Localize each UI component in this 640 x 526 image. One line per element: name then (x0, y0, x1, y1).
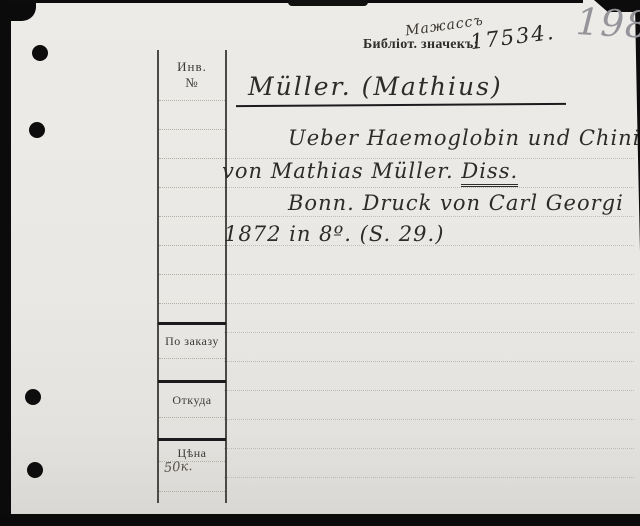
body-line-2-text: von Mathias Müller. (222, 159, 461, 183)
scan-edge-bottom (0, 514, 640, 526)
body-line-3: Bonn. Druck von Carl Georgi (288, 191, 624, 215)
ruled-line (224, 274, 634, 275)
inventory-number-label: Инв. № (159, 59, 225, 91)
column-ruled-line (159, 245, 225, 246)
ruled-line (224, 390, 634, 391)
column-ruled-line (159, 216, 225, 217)
price-label: Цѣна (159, 446, 225, 461)
ruled-line (224, 477, 634, 478)
library-mark-label: Библіот. значекъ: (363, 37, 479, 53)
punch-hole (29, 122, 45, 138)
price-value-handwritten: 50к. (164, 459, 193, 476)
inventory-column: Инв. № По заказу Откуда Цѣна 50к. (157, 50, 227, 503)
body-line-2: von Mathias Müller. Diss. (222, 159, 518, 183)
ruled-line (224, 361, 634, 362)
ruled-line (224, 187, 634, 188)
cell-border (158, 438, 226, 441)
scan-edge-left (0, 0, 11, 516)
column-ruled-line (159, 158, 225, 159)
order-label: По заказу (159, 334, 225, 349)
ruled-line (224, 303, 634, 304)
cell-border (158, 322, 226, 325)
body-line-1: Ueber Haemoglobin und Chinin (288, 126, 640, 150)
ruled-line (224, 419, 634, 420)
column-ruled-line (159, 100, 225, 101)
card-title: Müller. (Mathius) (248, 72, 503, 101)
dissertation-note: Diss. (461, 159, 518, 187)
page-number-note: 198 (575, 0, 640, 47)
inventory-label-line2: № (159, 75, 225, 91)
catalog-card-scan: Инв. № По заказу Откуда Цѣна 50к. 198 Ма… (0, 0, 640, 526)
ruled-line (224, 332, 634, 333)
punch-hole (32, 45, 48, 61)
column-ruled-line (159, 187, 225, 188)
ruled-line (224, 448, 634, 449)
scan-corner-top-left (0, 0, 36, 21)
column-ruled-line (159, 358, 225, 359)
column-ruled-line (159, 491, 225, 492)
scan-edge-top-blob (288, 0, 368, 6)
column-ruled-line (159, 303, 225, 304)
cell-border (158, 380, 226, 383)
punch-hole (25, 389, 41, 405)
column-ruled-line (159, 129, 225, 130)
body-line-4: 1872 in 8º. (S. 29.) (224, 222, 444, 246)
origin-label: Откуда (159, 393, 225, 408)
title-underline (236, 103, 566, 107)
ruled-line (224, 216, 634, 217)
inventory-label-line1: Инв. (159, 59, 225, 75)
column-ruled-line (159, 417, 225, 418)
punch-hole (27, 462, 43, 478)
column-ruled-line (159, 274, 225, 275)
